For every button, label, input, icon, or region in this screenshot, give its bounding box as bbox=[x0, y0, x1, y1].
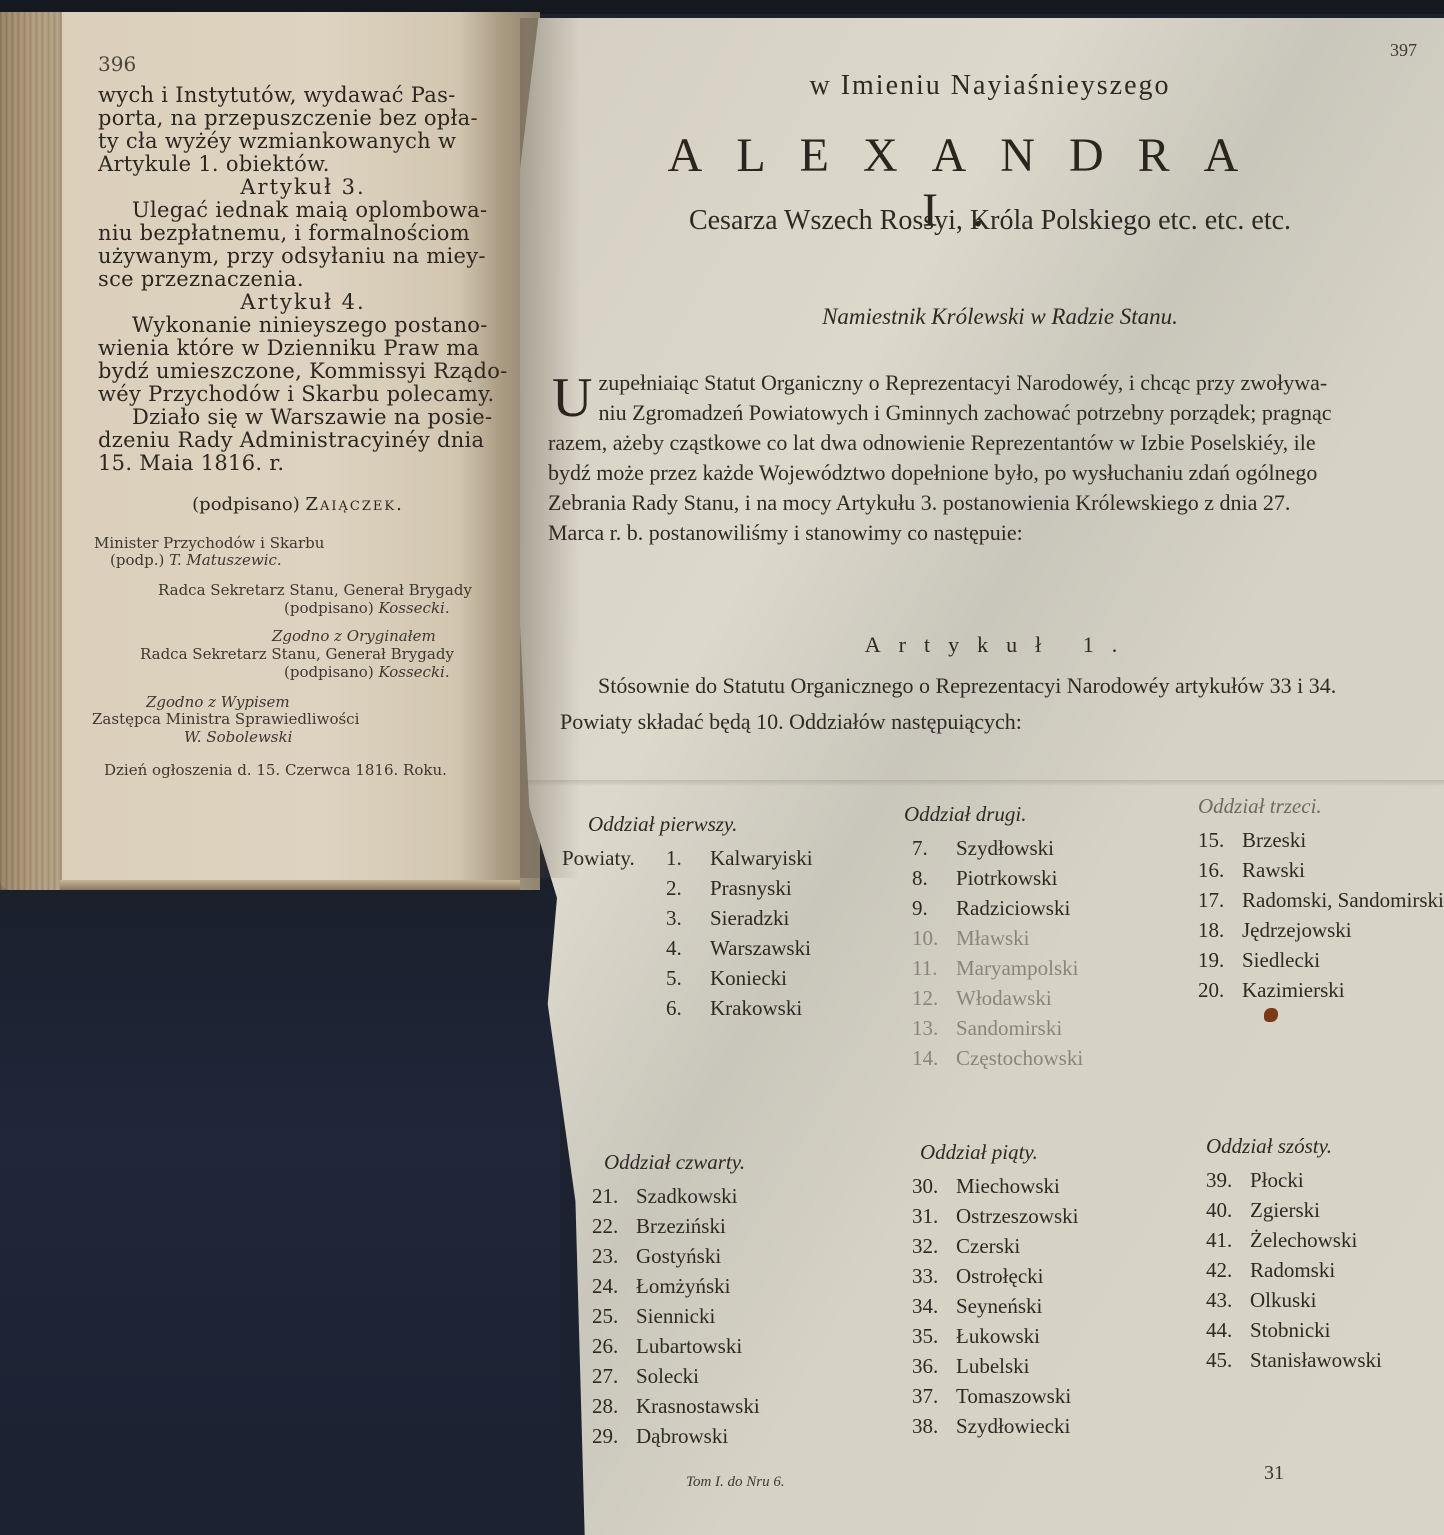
powiat-list-item: 8.Piotrkowski bbox=[912, 863, 1164, 893]
zgodno-z-wypisem: Zgodno z Wypisem bbox=[146, 694, 290, 711]
powiat-number: 25. bbox=[592, 1301, 636, 1331]
page-edge-stack bbox=[0, 12, 62, 890]
powiat-list-item: 38.Szydłowiecki bbox=[912, 1411, 1172, 1441]
powiat-name: Kalwaryiski bbox=[710, 846, 813, 870]
heading-namiestnik: Namiestnik Królewski w Radzie Stanu. bbox=[740, 304, 1260, 330]
powiat-list-item: 11.Maryampolski bbox=[912, 953, 1164, 983]
deputy-name: W. Sobolewski bbox=[184, 729, 292, 746]
powiat-list-item: 30.Miechowski bbox=[912, 1171, 1172, 1201]
radca-title-1: Radca Sekretarz Stanu, Generał Brygady bbox=[158, 582, 472, 599]
powiat-list-item: 29.Dąbrowski bbox=[592, 1421, 892, 1451]
body-line: porta, na przepuszczenie bez opła- bbox=[98, 107, 508, 130]
powiat-list-item: 39.Płocki bbox=[1206, 1165, 1444, 1195]
powiat-list-item: 12.Włodawski bbox=[912, 983, 1164, 1013]
powiat-number: 9. bbox=[912, 893, 956, 923]
powiat-name: Czerski bbox=[956, 1234, 1020, 1258]
article-text: Stósownie do Statutu Organicznego o Repr… bbox=[560, 668, 1440, 740]
powiat-list-item: 36.Lubelski bbox=[912, 1351, 1172, 1381]
preamble-line: zupełniaiąc Statut Organiczny o Reprezen… bbox=[598, 368, 1438, 398]
powiat-name: Lubelski bbox=[956, 1354, 1030, 1378]
powiat-list-item: 1.Kalwaryiski bbox=[666, 843, 882, 873]
powiat-list-item: 42.Radomski bbox=[1206, 1255, 1444, 1285]
signature-name: Zaiączek. bbox=[306, 494, 404, 515]
body-line: dzeniu Rady Administracyinéy dnia bbox=[98, 429, 508, 452]
powiat-name: Tomaszowski bbox=[956, 1384, 1071, 1408]
powiat-name: Ostrołęcki bbox=[956, 1264, 1043, 1288]
article-heading: Artykuł 1. bbox=[600, 632, 1400, 658]
powiat-name: Olkuski bbox=[1250, 1288, 1317, 1312]
powiat-number: 4. bbox=[666, 933, 710, 963]
body-line: wéy Przychodów i Skarbu polecamy. bbox=[98, 383, 508, 406]
body-line: Działo się w Warszawie na posie- bbox=[98, 406, 508, 429]
powiat-name: Prasnyski bbox=[710, 876, 792, 900]
footer-volume-note: Tom I. do Nru 6. bbox=[686, 1474, 785, 1491]
powiat-number: 24. bbox=[592, 1271, 636, 1301]
powiat-list-item: 13.Sandomirski bbox=[912, 1013, 1164, 1043]
powiat-number: 21. bbox=[592, 1181, 636, 1211]
powiat-number: 39. bbox=[1206, 1165, 1250, 1195]
powiat-name: Sandomirski bbox=[956, 1016, 1062, 1040]
powiat-number: 18. bbox=[1198, 915, 1242, 945]
left-page-number: 396 bbox=[98, 52, 136, 76]
signature-prefix: (podpisano) bbox=[192, 494, 300, 515]
powiat-number: 37. bbox=[912, 1381, 956, 1411]
powiat-number: 16. bbox=[1198, 855, 1242, 885]
minister-sig-prefix: (podp.) bbox=[110, 551, 164, 569]
department-title: Oddział pierwszy. bbox=[562, 812, 882, 837]
powiat-name: Brzeski bbox=[1242, 828, 1306, 852]
department-title: Oddział czwarty. bbox=[592, 1150, 892, 1175]
body-line: ty cła wyżéy wzmiankowanych w bbox=[98, 130, 508, 153]
powiat-name: Krakowski bbox=[710, 996, 802, 1020]
powiat-name: Kazimierski bbox=[1242, 978, 1345, 1002]
powiat-name: Piotrkowski bbox=[956, 866, 1058, 890]
department-title: Oddział piąty. bbox=[912, 1140, 1172, 1165]
powiat-list-item: 25.Siennicki bbox=[592, 1301, 892, 1331]
powiat-name: Warszawski bbox=[710, 936, 811, 960]
department-3: Oddział trzeci. 15.Brzeski16.Rawski17.Ra… bbox=[1198, 794, 1444, 1005]
body-line: sce przeznaczenia. bbox=[98, 268, 508, 291]
powiat-name: Stanisławowski bbox=[1250, 1348, 1382, 1372]
powiat-name: Dąbrowski bbox=[636, 1424, 728, 1448]
department-6: Oddział szósty. 39.Płocki40.Zgierski41.Ż… bbox=[1206, 1134, 1444, 1375]
powiat-list-item: 6.Krakowski bbox=[666, 993, 882, 1023]
powiat-list-item: 21.Szadkowski bbox=[592, 1181, 892, 1211]
department-items: 30.Miechowski31.Ostrzeszowski32.Czerski3… bbox=[912, 1171, 1172, 1441]
department-items: 39.Płocki40.Zgierski41.Żelechowski42.Rad… bbox=[1206, 1165, 1444, 1375]
powiat-name: Seyneński bbox=[956, 1294, 1042, 1318]
announcement-date: Dzień ogłoszenia d. 15. Czerwca 1816. Ro… bbox=[104, 762, 447, 779]
powiat-name: Gostyński bbox=[636, 1244, 721, 1268]
minister-signature: (podp.) T. Matuszewic. bbox=[110, 552, 282, 569]
deputy-title: Zastępca Ministra Sprawiedliwości bbox=[92, 711, 359, 728]
powiat-list-item: 2.Prasnyski bbox=[666, 873, 882, 903]
article-heading-line: Artykuł 4. bbox=[98, 291, 508, 314]
powiat-name: Szydłowski bbox=[956, 836, 1054, 860]
sheet-fold-line bbox=[520, 780, 1444, 786]
powiat-number: 29. bbox=[592, 1421, 636, 1451]
dark-cloth-background bbox=[0, 880, 560, 1535]
article-line: Powiaty składać będą 10. Oddziałów nastę… bbox=[560, 704, 1440, 740]
powiaty-label: Powiaty. bbox=[562, 846, 635, 871]
printer-signature-mark: 31 bbox=[1264, 1462, 1284, 1485]
powiat-number: 40. bbox=[1206, 1195, 1250, 1225]
body-line: wych i Instytutów, wydawać Pas- bbox=[98, 84, 508, 107]
powiat-number: 32. bbox=[912, 1231, 956, 1261]
powiat-list-item: 4.Warszawski bbox=[666, 933, 882, 963]
powiat-number: 7. bbox=[912, 833, 956, 863]
powiat-name: Częstochowski bbox=[956, 1046, 1083, 1070]
powiat-name: Ostrzeszowski bbox=[956, 1204, 1078, 1228]
radca-title-2: Radca Sekretarz Stanu, Generał Brygady bbox=[140, 646, 454, 663]
preamble-line: razem, ażeby cząstkowe co lat dwa odnowi… bbox=[548, 428, 1438, 458]
body-line: 15. Maia 1816. r. bbox=[98, 452, 508, 475]
powiat-number: 38. bbox=[912, 1411, 956, 1441]
powiat-number: 36. bbox=[912, 1351, 956, 1381]
powiat-number: 41. bbox=[1206, 1225, 1250, 1255]
zgodno-z-oryginalem: Zgodno z Oryginałem bbox=[272, 628, 436, 645]
powiat-name: Włodawski bbox=[956, 986, 1052, 1010]
department-items: 21.Szadkowski22.Brzeziński23.Gostyński24… bbox=[592, 1181, 892, 1451]
powiat-number: 8. bbox=[912, 863, 956, 893]
body-line: niu bezpłatnemu, i formalnościom bbox=[98, 222, 508, 245]
powiat-number: 13. bbox=[912, 1013, 956, 1043]
powiat-number: 28. bbox=[592, 1391, 636, 1421]
powiat-name: Stobnicki bbox=[1250, 1318, 1331, 1342]
right-page-number: 397 bbox=[1390, 40, 1417, 61]
powiat-number: 26. bbox=[592, 1331, 636, 1361]
powiat-name: Siennicki bbox=[636, 1304, 715, 1328]
powiat-name: Szadkowski bbox=[636, 1184, 738, 1208]
powiat-name: Solecki bbox=[636, 1364, 699, 1388]
powiat-number: 43. bbox=[1206, 1285, 1250, 1315]
powiat-number: 11. bbox=[912, 953, 956, 983]
powiat-number: 15. bbox=[1198, 825, 1242, 855]
powiat-name: Żelechowski bbox=[1250, 1228, 1357, 1252]
powiat-list-item: 7.Szydłowski bbox=[912, 833, 1164, 863]
zaiaczek-signature: (podpisano) Zaiączek. bbox=[98, 494, 498, 515]
body-line: Ulegać iednak maią oplombowa- bbox=[98, 199, 508, 222]
powiat-number: 14. bbox=[912, 1043, 956, 1073]
powiat-number: 34. bbox=[912, 1291, 956, 1321]
powiat-list-item: 40.Zgierski bbox=[1206, 1195, 1444, 1225]
powiat-list-item: 3.Sieradzki bbox=[666, 903, 882, 933]
radca1-sig-name: Kossecki. bbox=[378, 599, 449, 617]
powiat-name: Lubartowski bbox=[636, 1334, 742, 1358]
powiat-name: Zgierski bbox=[1250, 1198, 1320, 1222]
powiat-number: 33. bbox=[912, 1261, 956, 1291]
powiat-list-item: 14.Częstochowski bbox=[912, 1043, 1164, 1073]
powiat-number: 27. bbox=[592, 1361, 636, 1391]
powiat-number: 45. bbox=[1206, 1345, 1250, 1375]
powiat-list-item: 41.Żelechowski bbox=[1206, 1225, 1444, 1255]
article-heading-line: Artykuł 3. bbox=[98, 176, 508, 199]
powiat-name: Koniecki bbox=[710, 966, 787, 990]
powiat-number: 6. bbox=[666, 993, 710, 1023]
radca2-sig-prefix: (podpisano) bbox=[284, 663, 374, 681]
department-2: Oddział drugi. 7.Szydłowski8.Piotrkowski… bbox=[904, 802, 1164, 1073]
department-title: Oddział trzeci. bbox=[1198, 794, 1444, 819]
powiat-list-item: 26.Lubartowski bbox=[592, 1331, 892, 1361]
powiat-number: 35. bbox=[912, 1321, 956, 1351]
body-line: wienia które w Dzienniku Praw ma bbox=[98, 337, 508, 360]
powiat-number: 5. bbox=[666, 963, 710, 993]
powiat-list-item: 27.Solecki bbox=[592, 1361, 892, 1391]
radca2-sig-name: Kossecki. bbox=[378, 663, 449, 681]
powiat-number: 17. bbox=[1198, 885, 1242, 915]
powiat-number: 31. bbox=[912, 1201, 956, 1231]
powiat-list-item: 5.Koniecki bbox=[666, 963, 882, 993]
body-line: używanym, przy odsyłaniu na miey- bbox=[98, 245, 508, 268]
powiat-name: Rawski bbox=[1242, 858, 1305, 882]
preamble-line: bydź może przez każde Województwo dopełn… bbox=[548, 458, 1438, 488]
body-line: Wykonanie ninieyszego postano- bbox=[98, 314, 508, 337]
powiat-list-item: 22.Brzeziński bbox=[592, 1211, 892, 1241]
heading-imieniu: w Imieniu Nayiaśnieyszego bbox=[740, 70, 1240, 102]
preamble-line: Zebrania Rady Stanu, i na mocy Artykułu … bbox=[548, 488, 1438, 518]
powiat-name: Jędrzejowski bbox=[1242, 918, 1352, 942]
preamble-line: niu Zgromadzeń Powiatowych i Gminnych za… bbox=[598, 398, 1438, 428]
powiat-number: 44. bbox=[1206, 1315, 1250, 1345]
powiat-list-item: 15.Brzeski bbox=[1198, 825, 1444, 855]
department-title: Oddział szósty. bbox=[1206, 1134, 1444, 1159]
powiat-name: Sieradzki bbox=[710, 906, 789, 930]
powiat-list-item: 20.Kazimierski bbox=[1198, 975, 1444, 1005]
powiat-name: Szydłowiecki bbox=[956, 1414, 1070, 1438]
powiat-name: Płocki bbox=[1250, 1168, 1304, 1192]
powiat-number: 42. bbox=[1206, 1255, 1250, 1285]
minister-sig-name: T. Matuszewic. bbox=[169, 551, 282, 569]
page-bottom-edge bbox=[60, 880, 520, 890]
powiat-list-item: 32.Czerski bbox=[912, 1231, 1172, 1261]
powiat-name: Radomski, Sandomirski bbox=[1242, 888, 1444, 912]
powiat-number: 19. bbox=[1198, 945, 1242, 975]
powiat-number: 23. bbox=[592, 1241, 636, 1271]
powiat-number: 20. bbox=[1198, 975, 1242, 1005]
department-1: Oddział pierwszy. Powiaty. 1.Kalwaryiski… bbox=[562, 812, 882, 1023]
department-items: 15.Brzeski16.Rawski17.Radomski, Sandomir… bbox=[1198, 825, 1444, 1005]
powiat-list-item: 33.Ostrołęcki bbox=[912, 1261, 1172, 1291]
heading-cesarza: Cesarza Wszech Rossyi, Króla Polskiego e… bbox=[580, 205, 1400, 237]
powiat-name: Łukowski bbox=[956, 1324, 1040, 1348]
powiat-number: 12. bbox=[912, 983, 956, 1013]
powiat-list-item: 45.Stanisławowski bbox=[1206, 1345, 1444, 1375]
powiat-list-item: 34.Seyneński bbox=[912, 1291, 1172, 1321]
powiat-number: 10. bbox=[912, 923, 956, 953]
powiat-list-item: 16.Rawski bbox=[1198, 855, 1444, 885]
powiat-name: Siedlecki bbox=[1242, 948, 1320, 972]
radca-signature-1: (podpisano) Kossecki. bbox=[284, 600, 450, 617]
preamble-paragraph: U zupełniaiąc Statut Organiczny o Reprez… bbox=[548, 368, 1438, 548]
powiat-list-item: 18.Jędrzejowski bbox=[1198, 915, 1444, 945]
article-line: Stósownie do Statutu Organicznego o Repr… bbox=[560, 668, 1440, 704]
powiat-number: 30. bbox=[912, 1171, 956, 1201]
body-line: Artykule 1. obiektów. bbox=[98, 153, 508, 176]
department-items: 7.Szydłowski8.Piotrkowski9.Radziciowski1… bbox=[904, 833, 1164, 1073]
left-page-body: wych i Instytutów, wydawać Pas-porta, na… bbox=[98, 84, 508, 475]
powiat-list-item: 43.Olkuski bbox=[1206, 1285, 1444, 1315]
powiat-name: Łomżyński bbox=[636, 1274, 731, 1298]
powiat-list-item: 9.Radziciowski bbox=[912, 893, 1164, 923]
powiat-number: 22. bbox=[592, 1211, 636, 1241]
department-5: Oddział piąty. 30.Miechowski31.Ostrzeszo… bbox=[912, 1140, 1172, 1441]
powiat-list-item: 17.Radomski, Sandomirski bbox=[1198, 885, 1444, 915]
powiat-name: Maryampolski bbox=[956, 956, 1078, 980]
department-title: Oddział drugi. bbox=[904, 802, 1164, 827]
body-line: bydź umieszczone, Kommissyi Rządo- bbox=[98, 360, 508, 383]
powiat-number: 3. bbox=[666, 903, 710, 933]
powiat-name: Miechowski bbox=[956, 1174, 1060, 1198]
powiat-list-item: 31.Ostrzeszowski bbox=[912, 1201, 1172, 1231]
powiat-list-item: 44.Stobnicki bbox=[1206, 1315, 1444, 1345]
powiat-name: Krasnostawski bbox=[636, 1394, 760, 1418]
powiat-list-item: 10.Mławski bbox=[912, 923, 1164, 953]
powiat-list-item: 19.Siedlecki bbox=[1198, 945, 1444, 975]
minister-title: Minister Przychodów i Skarbu bbox=[94, 535, 324, 552]
powiat-number: 1. bbox=[666, 843, 710, 873]
powiat-list-item: 28.Krasnostawski bbox=[592, 1391, 892, 1421]
preamble-line: Marca r. b. postanowiliśmy i stanowimy c… bbox=[548, 518, 1438, 548]
drop-cap: U bbox=[552, 376, 592, 420]
powiat-list-item: 35.Łukowski bbox=[912, 1321, 1172, 1351]
ink-stain bbox=[1264, 1008, 1278, 1022]
powiat-name: Radziciowski bbox=[956, 896, 1070, 920]
radca-signature-2: (podpisano) Kossecki. bbox=[284, 664, 450, 681]
powiat-list-item: 37.Tomaszowski bbox=[912, 1381, 1172, 1411]
powiat-name: Brzeziński bbox=[636, 1214, 726, 1238]
powiat-number: 2. bbox=[666, 873, 710, 903]
powiat-name: Radomski bbox=[1250, 1258, 1335, 1282]
powiat-list-item: 23.Gostyński bbox=[592, 1241, 892, 1271]
radca1-sig-prefix: (podpisano) bbox=[284, 599, 374, 617]
powiat-name: Mławski bbox=[956, 926, 1030, 950]
department-4: Oddział czwarty. 21.Szadkowski22.Brzeziń… bbox=[592, 1150, 892, 1451]
powiat-list-item: 24.Łomżyński bbox=[592, 1271, 892, 1301]
